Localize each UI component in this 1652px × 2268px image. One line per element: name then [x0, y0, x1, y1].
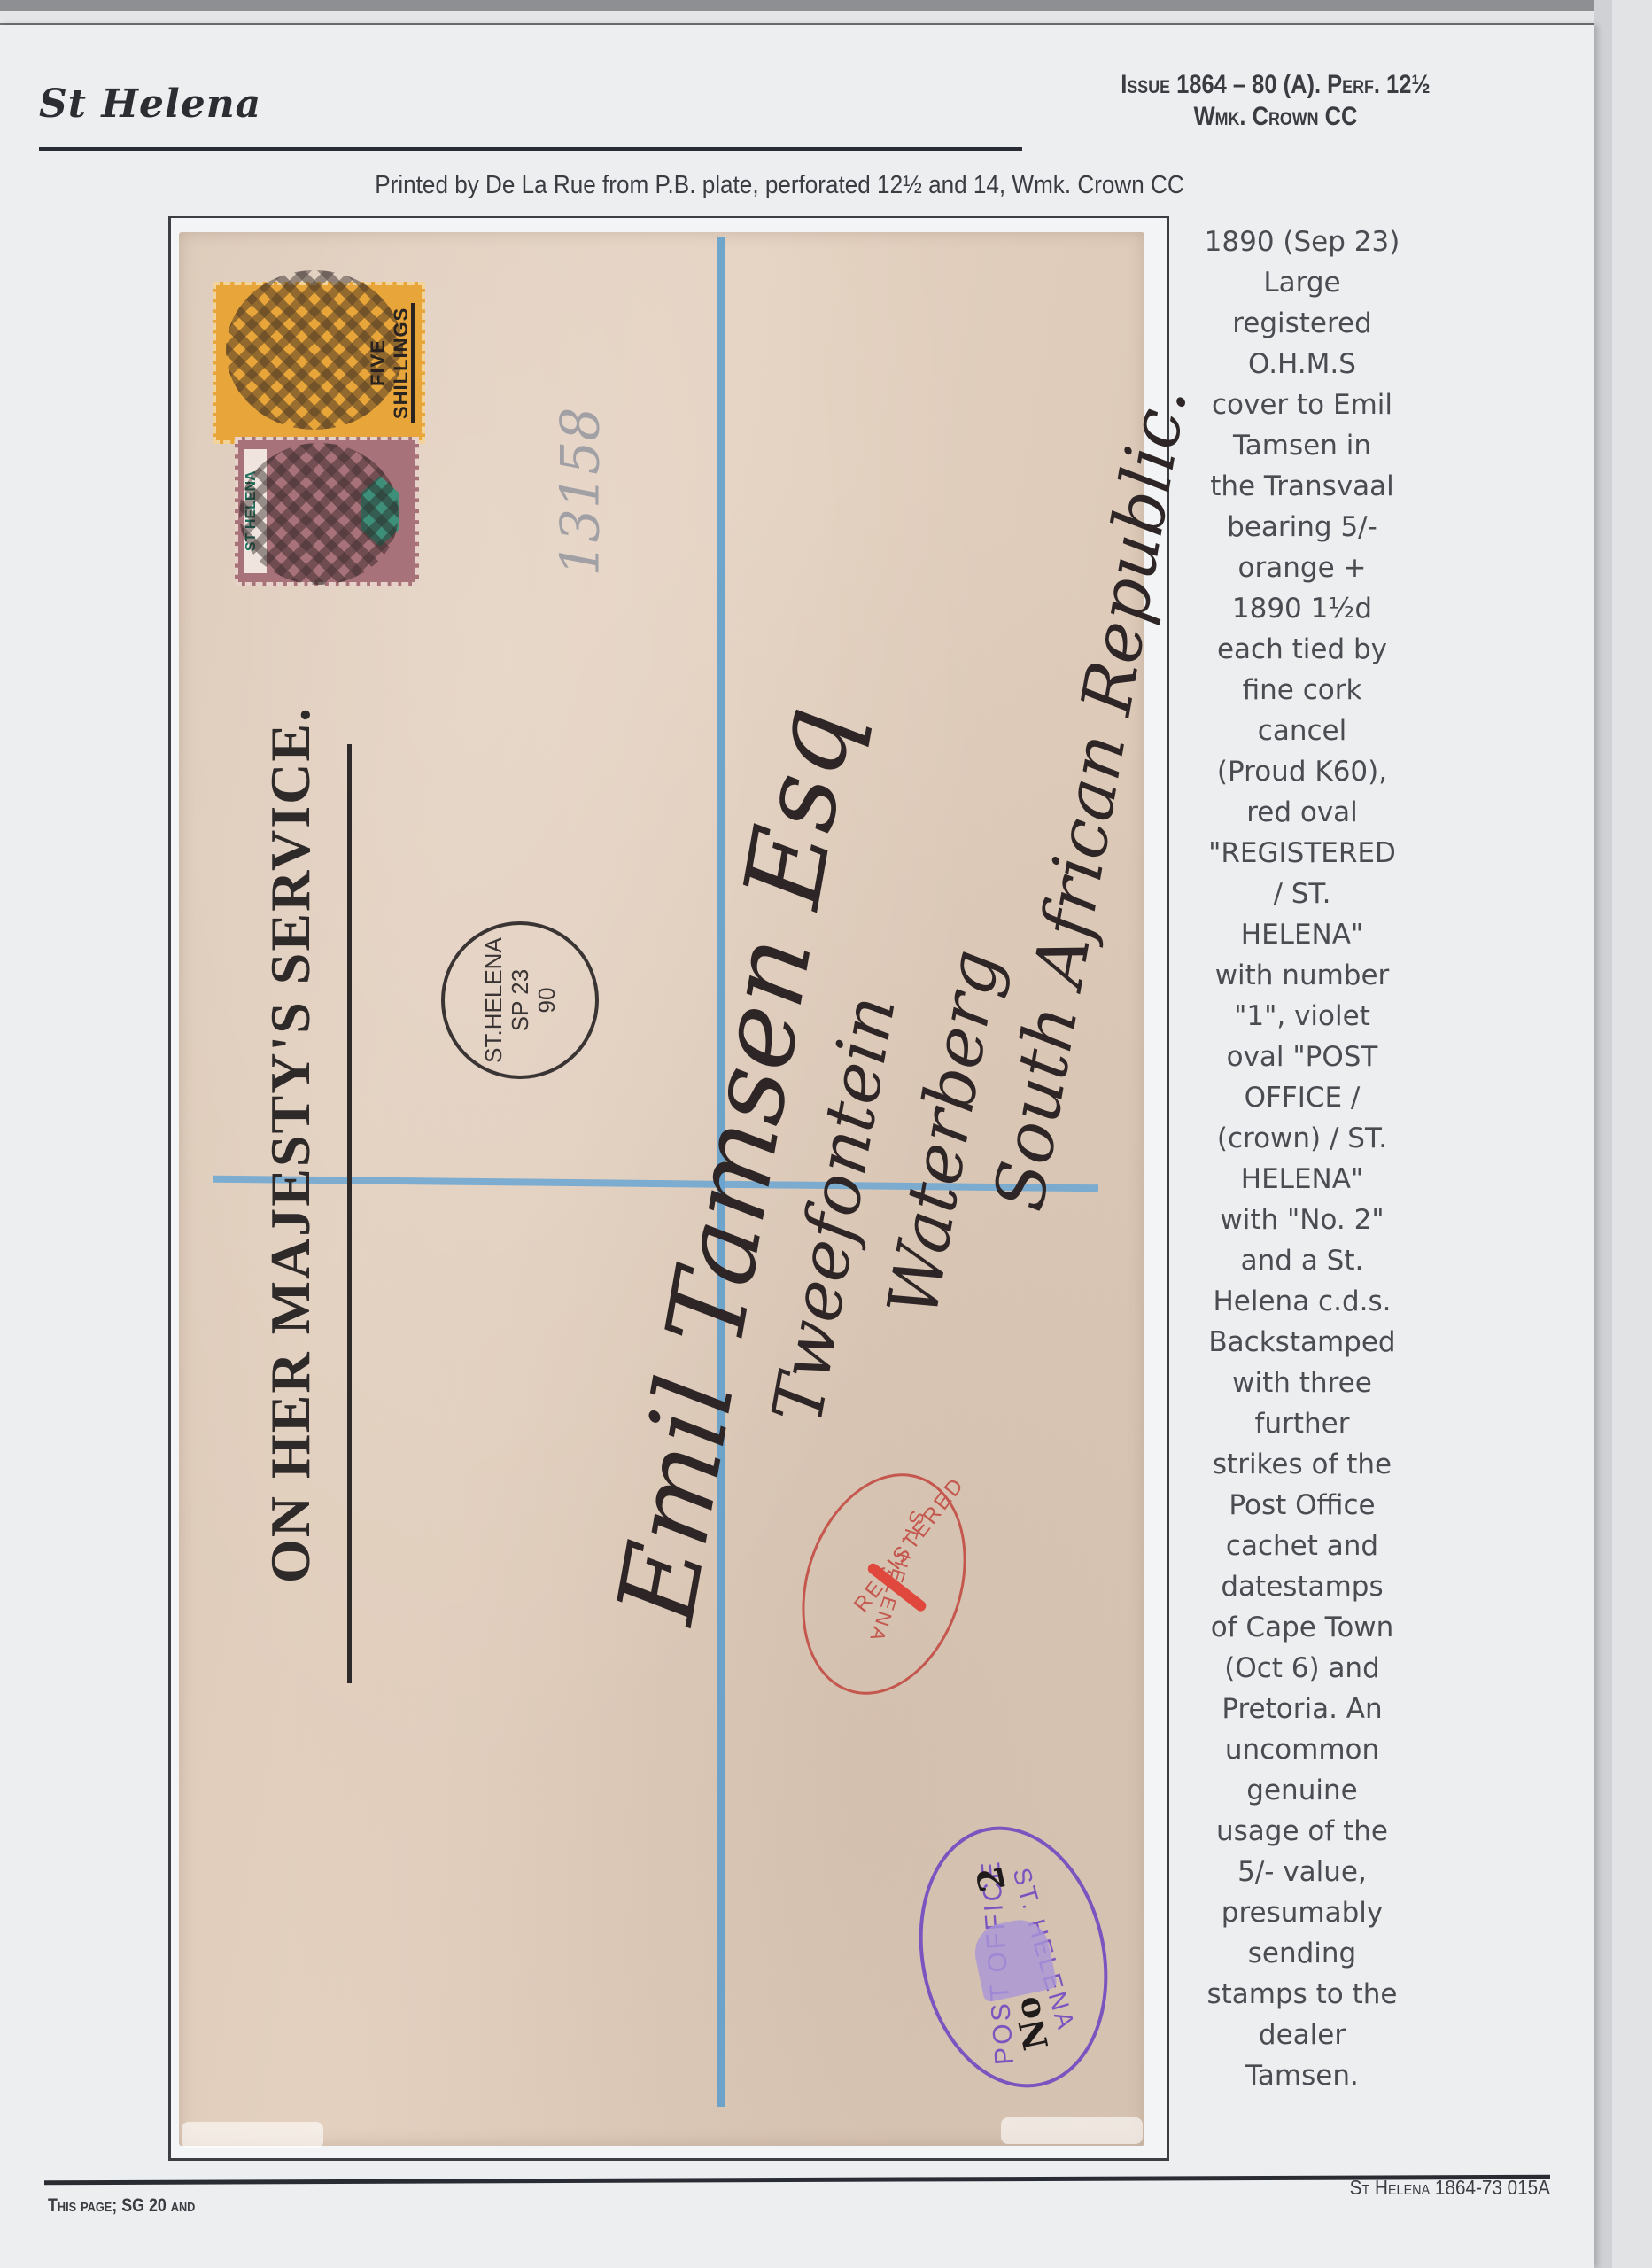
description-line: and a St. [1178, 1240, 1426, 1281]
description-line: (Proud K60), [1178, 751, 1426, 792]
description-line: bearing 5/- [1178, 507, 1426, 548]
cork-cancel-icon [239, 443, 399, 585]
description-line: stamps to the [1178, 1974, 1426, 2015]
description-line: usage of the [1178, 1811, 1426, 1852]
cover-description: 1890 (Sep 23)LargeregisteredO.H.M.Scover… [1178, 221, 1426, 2096]
description-line: genuine [1178, 1770, 1426, 1811]
mount-corner-right [1001, 2117, 1143, 2144]
album-edge-top [0, 0, 1652, 11]
issue-line-2: Wmk. Crown CC [1058, 101, 1494, 133]
datestamp-date: SP 23 [507, 925, 533, 1076]
ohms-imprint: ON HER MAJESTY'S SERVICE. [258, 680, 323, 1610]
mount-corner-left [182, 2122, 323, 2148]
description-line: (crown) / ST. [1178, 1118, 1426, 1159]
description-line: of Cape Town [1178, 1607, 1426, 1648]
description-line: with "No. 2" [1178, 1200, 1426, 1240]
description-line: dealer [1178, 2015, 1426, 2055]
page-title: St Helena [39, 82, 261, 127]
overprint-bar [411, 303, 415, 423]
description-line: uncommon [1178, 1729, 1426, 1770]
description-line: 1890 (Sep 23) [1178, 221, 1426, 262]
description-line: / ST. [1178, 874, 1426, 914]
footer-page-ref: St Helena 1864-73 015A [1255, 2176, 1550, 2200]
description-line: oval "POST [1178, 1037, 1426, 1077]
description-line: Post Office [1178, 1485, 1426, 1526]
album-edge-right [1594, 0, 1612, 2268]
description-line: with number [1178, 955, 1426, 996]
description-line: cover to Emil [1178, 384, 1426, 425]
datestamp-year: 90 [533, 925, 560, 1076]
description-line: OFFICE / [1178, 1077, 1426, 1118]
datestamp-text: ST.HELENA SP 23 90 [480, 925, 560, 1076]
datestamp-place: ST.HELENA [480, 925, 507, 1076]
ohms-underline [347, 744, 352, 1683]
description-line: Tamsen in [1178, 425, 1426, 466]
description-line: presumably [1178, 1892, 1426, 1933]
description-line: orange + [1178, 548, 1426, 588]
description-line: (Oct 6) and [1178, 1648, 1426, 1689]
description-line: fine cork [1178, 670, 1426, 711]
title-rule [39, 147, 1022, 151]
description-line: strikes of the [1178, 1444, 1426, 1485]
description-line: the Transvaal [1178, 466, 1426, 507]
description-line: cachet and [1178, 1526, 1426, 1566]
description-line: Helena c.d.s. [1178, 1281, 1426, 1322]
description-line: with three [1178, 1363, 1426, 1403]
issue-line-1: Issue 1864 – 80 (A). Perf. 12½ [1058, 69, 1494, 101]
description-line: 1890 1½d [1178, 588, 1426, 629]
description-line: cancel [1178, 711, 1426, 751]
footer-catalogue-ref: This page; SG 20 and [48, 2195, 195, 2217]
description-line: sending [1178, 1933, 1426, 1974]
pencil-notation: 13158 [549, 408, 611, 577]
st-helena-datestamp: ST.HELENA SP 23 90 [441, 921, 599, 1079]
description-line: datestamps [1178, 1566, 1426, 1607]
description-line: registered [1178, 303, 1426, 344]
description-line: 5/- value, [1178, 1852, 1426, 1892]
description-line: "1", violet [1178, 996, 1426, 1037]
description-line: "REGISTERED [1178, 833, 1426, 874]
description-line: each tied by [1178, 629, 1426, 670]
description-line: Pretoria. An [1178, 1689, 1426, 1729]
printing-subtitle: Printed by De La Rue from P.B. plate, pe… [317, 171, 1242, 200]
description-line: HELENA" [1178, 914, 1426, 955]
album-edge-top-inner [0, 11, 1652, 25]
description-line: further [1178, 1403, 1426, 1444]
description-line: Large [1178, 262, 1426, 303]
description-line: HELENA" [1178, 1159, 1426, 1200]
description-line: Tamsen. [1178, 2055, 1426, 2096]
description-line: red oval [1178, 792, 1426, 833]
issue-heading: Issue 1864 – 80 (A). Perf. 12½ Wmk. Crow… [1058, 69, 1494, 133]
album-edge-right-outer [1612, 0, 1652, 2268]
description-line: Backstamped [1178, 1322, 1426, 1363]
description-line: O.H.M.S [1178, 344, 1426, 384]
cork-cancel-icon [226, 270, 403, 430]
